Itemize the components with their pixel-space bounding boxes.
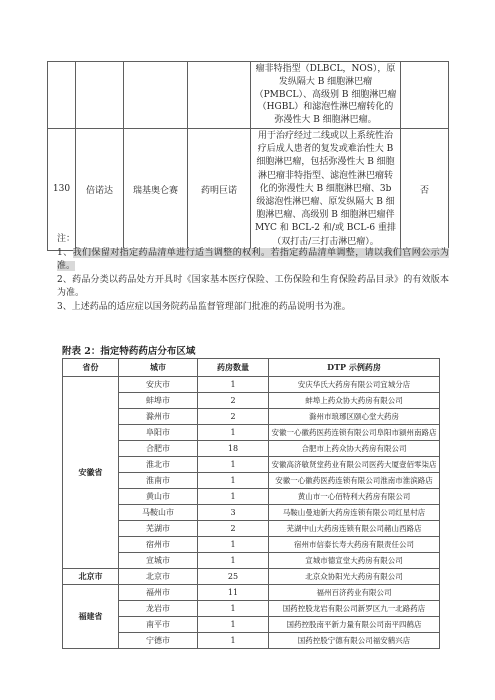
city-cell: 合肥市 [119, 441, 198, 457]
province-cell: 安徽省 [63, 377, 119, 569]
pharmacy-row: 阜阳市1安徽一心徽药医药连锁有限公司阜阳市颍州南路店 [63, 425, 440, 441]
dtp-pharmacy-cell: 北京众协阳光大药房有限公司 [269, 569, 440, 585]
note-1-highlighted-text: 我们保留对指定药品清单进行适当调整的权利。若指定药品清单调整，请以我们官网公示为… [57, 248, 449, 272]
dtp-pharmacy-cell: 安徽一心徽药医药连锁有限公司淮南市淮滨路店 [269, 473, 440, 489]
empty-cell [76, 62, 124, 129]
pharmacy-count-cell: 11 [198, 585, 269, 601]
note-item-3: 3、上述药品的适应症以国务院药品监督管理部门批准的药品说明书为准。 [57, 301, 449, 315]
pharmacy-count-cell: 1 [198, 553, 269, 569]
note-item-1: 1、我们保留对指定药品清单进行适当调整的权利。若指定药品清单调整，请以我们官网公… [57, 247, 449, 274]
city-cell: 滁州市 [119, 409, 198, 425]
pharmacy-count-cell: 2 [198, 521, 269, 537]
dtp-pharmacy-cell: 国药控股南平新力量有限公司南平四鹤店 [269, 617, 440, 633]
empty-cell [124, 62, 188, 129]
dtp-pharmacy-cell: 福州百济药业有限公司 [269, 585, 440, 601]
city-cell: 南平市 [119, 617, 198, 633]
city-cell: 黄山市 [119, 489, 198, 505]
dtp-pharmacy-cell: 蚌埠上药众协大药房有限公司 [269, 393, 440, 409]
header-pharmacy-count: 药房数量 [198, 359, 269, 377]
city-cell: 蚌埠市 [119, 393, 198, 409]
pharmacy-count-cell: 1 [198, 633, 269, 649]
note-item-2: 2、药品分类以药品处方开具时《国家基本医疗保险、工伤保险和生育保险药品目录》的有… [57, 274, 449, 301]
pharmacy-row: 滁州市2滁州市琅琊区颐心堂大药房 [63, 409, 440, 425]
header-province: 省份 [63, 359, 119, 377]
pharmacy-count-cell: 1 [198, 473, 269, 489]
dtp-pharmacy-cell: 滁州市琅琊区颐心堂大药房 [269, 409, 440, 425]
pharmacy-row: 淮北市1安徽高济敏贤堂药业有限公司医药大厦壹佰零柒店 [63, 457, 440, 473]
pharmacy-count-cell: 1 [198, 377, 269, 393]
pharmacy-row: 合肥市18合肥市上药众协大药房有限公司 [63, 441, 440, 457]
pharmacy-row: 宣城市1宣城市德宣堂大药房有限公司 [63, 553, 440, 569]
dtp-pharmacy-cell: 安徽高济敏贤堂药业有限公司医药大厦壹佰零柒店 [269, 457, 440, 473]
notes-label: 注： [57, 233, 449, 247]
province-cell: 北京市 [63, 569, 119, 585]
dtp-pharmacy-cell: 宣城市德宣堂大药房有限公司 [269, 553, 440, 569]
empty-cell [401, 62, 449, 129]
pharmacy-row: 宁德市1国药控股宁德有限公司福安鹤兴店 [63, 633, 440, 649]
city-cell: 阜阳市 [119, 425, 198, 441]
city-cell: 马鞍山市 [119, 505, 198, 521]
appendix-title: 附表 2：指定特药药店分布区域 [62, 343, 195, 357]
city-cell: 芜湖市 [119, 521, 198, 537]
pharmacy-row: 马鞍山市3马鞍山曼迪新大药房连锁有限公司红星村店 [63, 505, 440, 521]
pharmacy-count-cell: 1 [198, 425, 269, 441]
dtp-pharmacy-cell: 合肥市上药众协大药房有限公司 [269, 441, 440, 457]
note-1-prefix: 1、 [57, 248, 73, 258]
drug-table-carryover-row: 瘤非特指型（DLBCL，NOS），原发纵隔大 B 细胞淋巴瘤（PMBCL）、高级… [48, 62, 449, 129]
pharmacy-count-cell: 1 [198, 617, 269, 633]
dtp-pharmacy-cell: 马鞍山曼迪新大药房连锁有限公司红星村店 [269, 505, 440, 521]
pharmacy-count-cell: 1 [198, 489, 269, 505]
pharmacy-count-cell: 1 [198, 537, 269, 553]
pharmacy-row: 黄山市1黄山市一心佰特利大药房有限公司 [63, 489, 440, 505]
dtp-pharmacy-cell: 芜湖中山大药房连锁有限公司赭山西路店 [269, 521, 440, 537]
pharmacy-distribution-table: 省份 城市 药房数量 DTP 示例药房 安徽省安庆市1安庆华氏大药房有限公司宜城… [62, 358, 440, 649]
dtp-pharmacy-cell: 国药控股宁德有限公司福安鹤兴店 [269, 633, 440, 649]
header-dtp-example: DTP 示例药房 [269, 359, 440, 377]
city-cell: 宿州市 [119, 537, 198, 553]
empty-cell [48, 62, 76, 129]
document-page: 瘤非特指型（DLBCL，NOS），原发纵隔大 B 细胞淋巴瘤（PMBCL）、高级… [0, 0, 495, 700]
pharmacy-table-body: 安徽省安庆市1安庆华氏大药房有限公司宜城分店蚌埠市2蚌埠上药众协大药房有限公司滁… [63, 377, 440, 649]
header-city: 城市 [119, 359, 198, 377]
city-cell: 福州市 [119, 585, 198, 601]
city-cell: 淮北市 [119, 457, 198, 473]
pharmacy-row: 北京市北京市25北京众协阳光大药房有限公司 [63, 569, 440, 585]
pharmacy-count-cell: 18 [198, 441, 269, 457]
city-cell: 宁德市 [119, 633, 198, 649]
indication-continued-text: 瘤非特指型（DLBCL，NOS），原发纵隔大 B 细胞淋巴瘤（PMBCL）、高级… [251, 62, 401, 129]
province-cell: 福建省 [63, 585, 119, 649]
pharmacy-row: 安徽省安庆市1安庆华氏大药房有限公司宜城分店 [63, 377, 440, 393]
pharmacy-row: 南平市1国药控股南平新力量有限公司南平四鹤店 [63, 617, 440, 633]
pharmacy-count-cell: 2 [198, 393, 269, 409]
pharmacy-row: 龙岩市1国药控股龙岩有限公司新罗区九一北路药店 [63, 601, 440, 617]
pharmacy-row: 芜湖市2芜湖中山大药房连锁有限公司赭山西路店 [63, 521, 440, 537]
pharmacy-count-cell: 2 [198, 409, 269, 425]
pharmacy-count-cell: 25 [198, 569, 269, 585]
dtp-pharmacy-cell: 安庆华氏大药房有限公司宜城分店 [269, 377, 440, 393]
notes-section: 注： 1、我们保留对指定药品清单进行适当调整的权利。若指定药品清单调整，请以我们… [57, 233, 449, 314]
dtp-pharmacy-cell: 国药控股龙岩有限公司新罗区九一北路药店 [269, 601, 440, 617]
city-cell: 淮南市 [119, 473, 198, 489]
dtp-pharmacy-cell: 黄山市一心佰特利大药房有限公司 [269, 489, 440, 505]
dtp-pharmacy-cell: 安徽一心徽药医药连锁有限公司阜阳市颍州南路店 [269, 425, 440, 441]
pharmacy-row: 淮南市1安徽一心徽药医药连锁有限公司淮南市淮滨路店 [63, 473, 440, 489]
pharmacy-count-cell: 1 [198, 457, 269, 473]
city-cell: 宣城市 [119, 553, 198, 569]
pharmacy-row: 福建省福州市11福州百济药业有限公司 [63, 585, 440, 601]
empty-cell [188, 62, 251, 129]
pharmacy-count-cell: 3 [198, 505, 269, 521]
city-cell: 龙岩市 [119, 601, 198, 617]
pharmacy-count-cell: 1 [198, 601, 269, 617]
city-cell: 安庆市 [119, 377, 198, 393]
drug-table: 瘤非特指型（DLBCL，NOS），原发纵隔大 B 细胞淋巴瘤（PMBCL）、高级… [47, 61, 449, 251]
city-cell: 北京市 [119, 569, 198, 585]
pharmacy-table-header-row: 省份 城市 药房数量 DTP 示例药房 [63, 359, 440, 377]
dtp-pharmacy-cell: 宿州市信泰长寿大药房有限责任公司 [269, 537, 440, 553]
pharmacy-row: 宿州市1宿州市信泰长寿大药房有限责任公司 [63, 537, 440, 553]
pharmacy-row: 蚌埠市2蚌埠上药众协大药房有限公司 [63, 393, 440, 409]
